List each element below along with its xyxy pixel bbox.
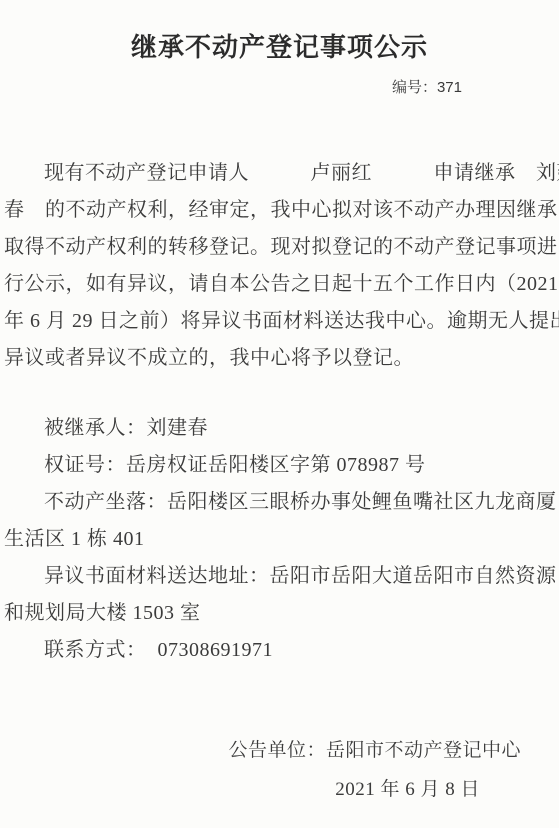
paragraph-line: 异议或者异议不成立的，我中心将予以登记。 bbox=[4, 340, 555, 377]
footer-issuing-unit: 公告单位：岳阳市不动产登记中心 bbox=[0, 739, 559, 763]
detail-line-property-location-continued: 生活区 1 栋 401 bbox=[4, 521, 555, 558]
detail-line-objection-address: 异议书面材料送达地址：岳阳市岳阳大道岳阳市自然资源 bbox=[4, 558, 555, 595]
doc-number: 编号：371 bbox=[0, 78, 559, 98]
detail-line-certificate-number: 权证号：岳房权证岳阳楼区字第 078987 号 bbox=[4, 447, 555, 484]
notice-details-section: 被继承人：刘建春 权证号：岳房权证岳阳楼区字第 078987 号 不动产坐落：岳… bbox=[0, 410, 559, 669]
paragraph-line: 取得不动产权利的转移登记。现对拟登记的不动产登记事项进 bbox=[4, 229, 555, 266]
notice-body-paragraph: 现有不动产登记申请人 卢丽红 申请继承 刘建 春 的不动产权利，经审定，我中心拟… bbox=[0, 155, 559, 377]
footer-date: 2021 年 6 月 8 日 bbox=[0, 778, 559, 802]
detail-line-property-location: 不动产坐落：岳阳楼区三眼桥办事处鲤鱼嘴社区九龙商厦 bbox=[4, 484, 555, 521]
detail-line-objection-address-continued: 和规划局大楼 1503 室 bbox=[4, 595, 555, 632]
paragraph-line: 年 6 月 29 日之前）将异议书面材料送达我中心。逾期无人提出 bbox=[4, 303, 555, 340]
paragraph-line: 行公示，如有异议，请自本公告之日起十五个工作日内（2021 bbox=[4, 266, 555, 303]
detail-line-decedent: 被继承人：刘建春 bbox=[4, 410, 555, 447]
detail-line-contact-phone: 联系方式： 07308691971 bbox=[4, 632, 555, 669]
paragraph-line: 春 的不动产权利，经审定，我中心拟对该不动产办理因继承 bbox=[4, 192, 555, 229]
notice-document-page: 继承不动产登记事项公示 编号：371 现有不动产登记申请人 卢丽红 申请继承 刘… bbox=[0, 0, 559, 828]
paragraph-line: 现有不动产登记申请人 卢丽红 申请继承 刘建 bbox=[4, 155, 555, 192]
notice-title: 继承不动产登记事项公示 bbox=[0, 30, 559, 64]
